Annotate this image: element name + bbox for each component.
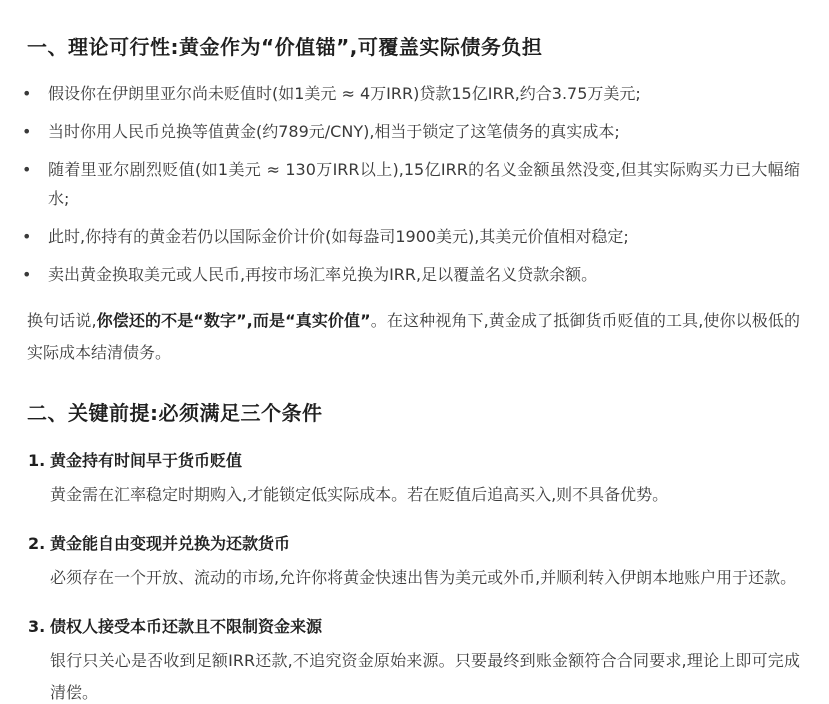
document-body: 一、理论可行性:黄金作为“价值锚”,可覆盖实际债务负担 假设你在伊朗里亚尔尚未贬… [0, 0, 829, 704]
item-number: 3. [28, 615, 45, 639]
item-number: 1. [28, 449, 45, 473]
list-item: 随着里亚尔剧烈贬值(如1美元 ≈ 130万IRR以上),15亿IRR的名义金额虽… [27, 155, 800, 213]
summary-bold-text: 你偿还的不是“数字”,而是“真实价值” [97, 311, 371, 330]
list-item: 此时,你持有的黄金若仍以国际金价计价(如每盎司1900美元),其美元价值相对稳定… [27, 222, 800, 251]
summary-prefix: 换句话说, [27, 311, 97, 330]
numbered-item: 1. 黄金持有时间早于货币贬值 黄金需在汇率稳定时期购入,才能锁定低实际成本。若… [27, 449, 800, 511]
numbered-item: 3. 债权人接受本币还款且不限制资金来源 银行只关心是否收到足额IRR还款,不追… [27, 615, 800, 704]
item-title: 黄金能自由变现并兑换为还款货币 [50, 532, 800, 556]
item-title: 债权人接受本币还款且不限制资金来源 [50, 615, 800, 639]
list-item: 假设你在伊朗里亚尔尚未贬值时(如1美元 ≈ 4万IRR)贷款15亿IRR,约合3… [27, 79, 800, 108]
numbered-item: 2. 黄金能自由变现并兑换为还款货币 必须存在一个开放、流动的市场,允许你将黄金… [27, 532, 800, 594]
item-body: 银行只关心是否收到足额IRR还款,不追究资金原始来源。只要最终到账金额符合合同要… [50, 645, 800, 704]
list-item: 卖出黄金换取美元或人民币,再按市场汇率兑换为IRR,足以覆盖名义贷款余额。 [27, 260, 800, 289]
item-body: 必须存在一个开放、流动的市场,允许你将黄金快速出售为美元或外币,并顺利转入伊朗本… [50, 562, 800, 594]
item-title: 黄金持有时间早于货币贬值 [50, 449, 800, 473]
summary-paragraph: 换句话说,你偿还的不是“数字”,而是“真实价值”。在这种视角下,黄金成了抵御货币… [27, 305, 800, 369]
list-item: 当时你用人民币兑换等值黄金(约789元/CNY),相当于锁定了这笔债务的真实成本… [27, 117, 800, 146]
bullet-list: 假设你在伊朗里亚尔尚未贬值时(如1美元 ≈ 4万IRR)贷款15亿IRR,约合3… [27, 79, 800, 289]
item-number: 2. [28, 532, 45, 556]
section-1-heading: 一、理论可行性:黄金作为“价值锚”,可覆盖实际债务负担 [27, 33, 800, 61]
numbered-list: 1. 黄金持有时间早于货币贬值 黄金需在汇率稳定时期购入,才能锁定低实际成本。若… [27, 449, 800, 704]
item-body: 黄金需在汇率稳定时期购入,才能锁定低实际成本。若在贬值后追高买入,则不具备优势。 [50, 479, 800, 511]
section-2-heading: 二、关键前提:必须满足三个条件 [27, 399, 800, 427]
